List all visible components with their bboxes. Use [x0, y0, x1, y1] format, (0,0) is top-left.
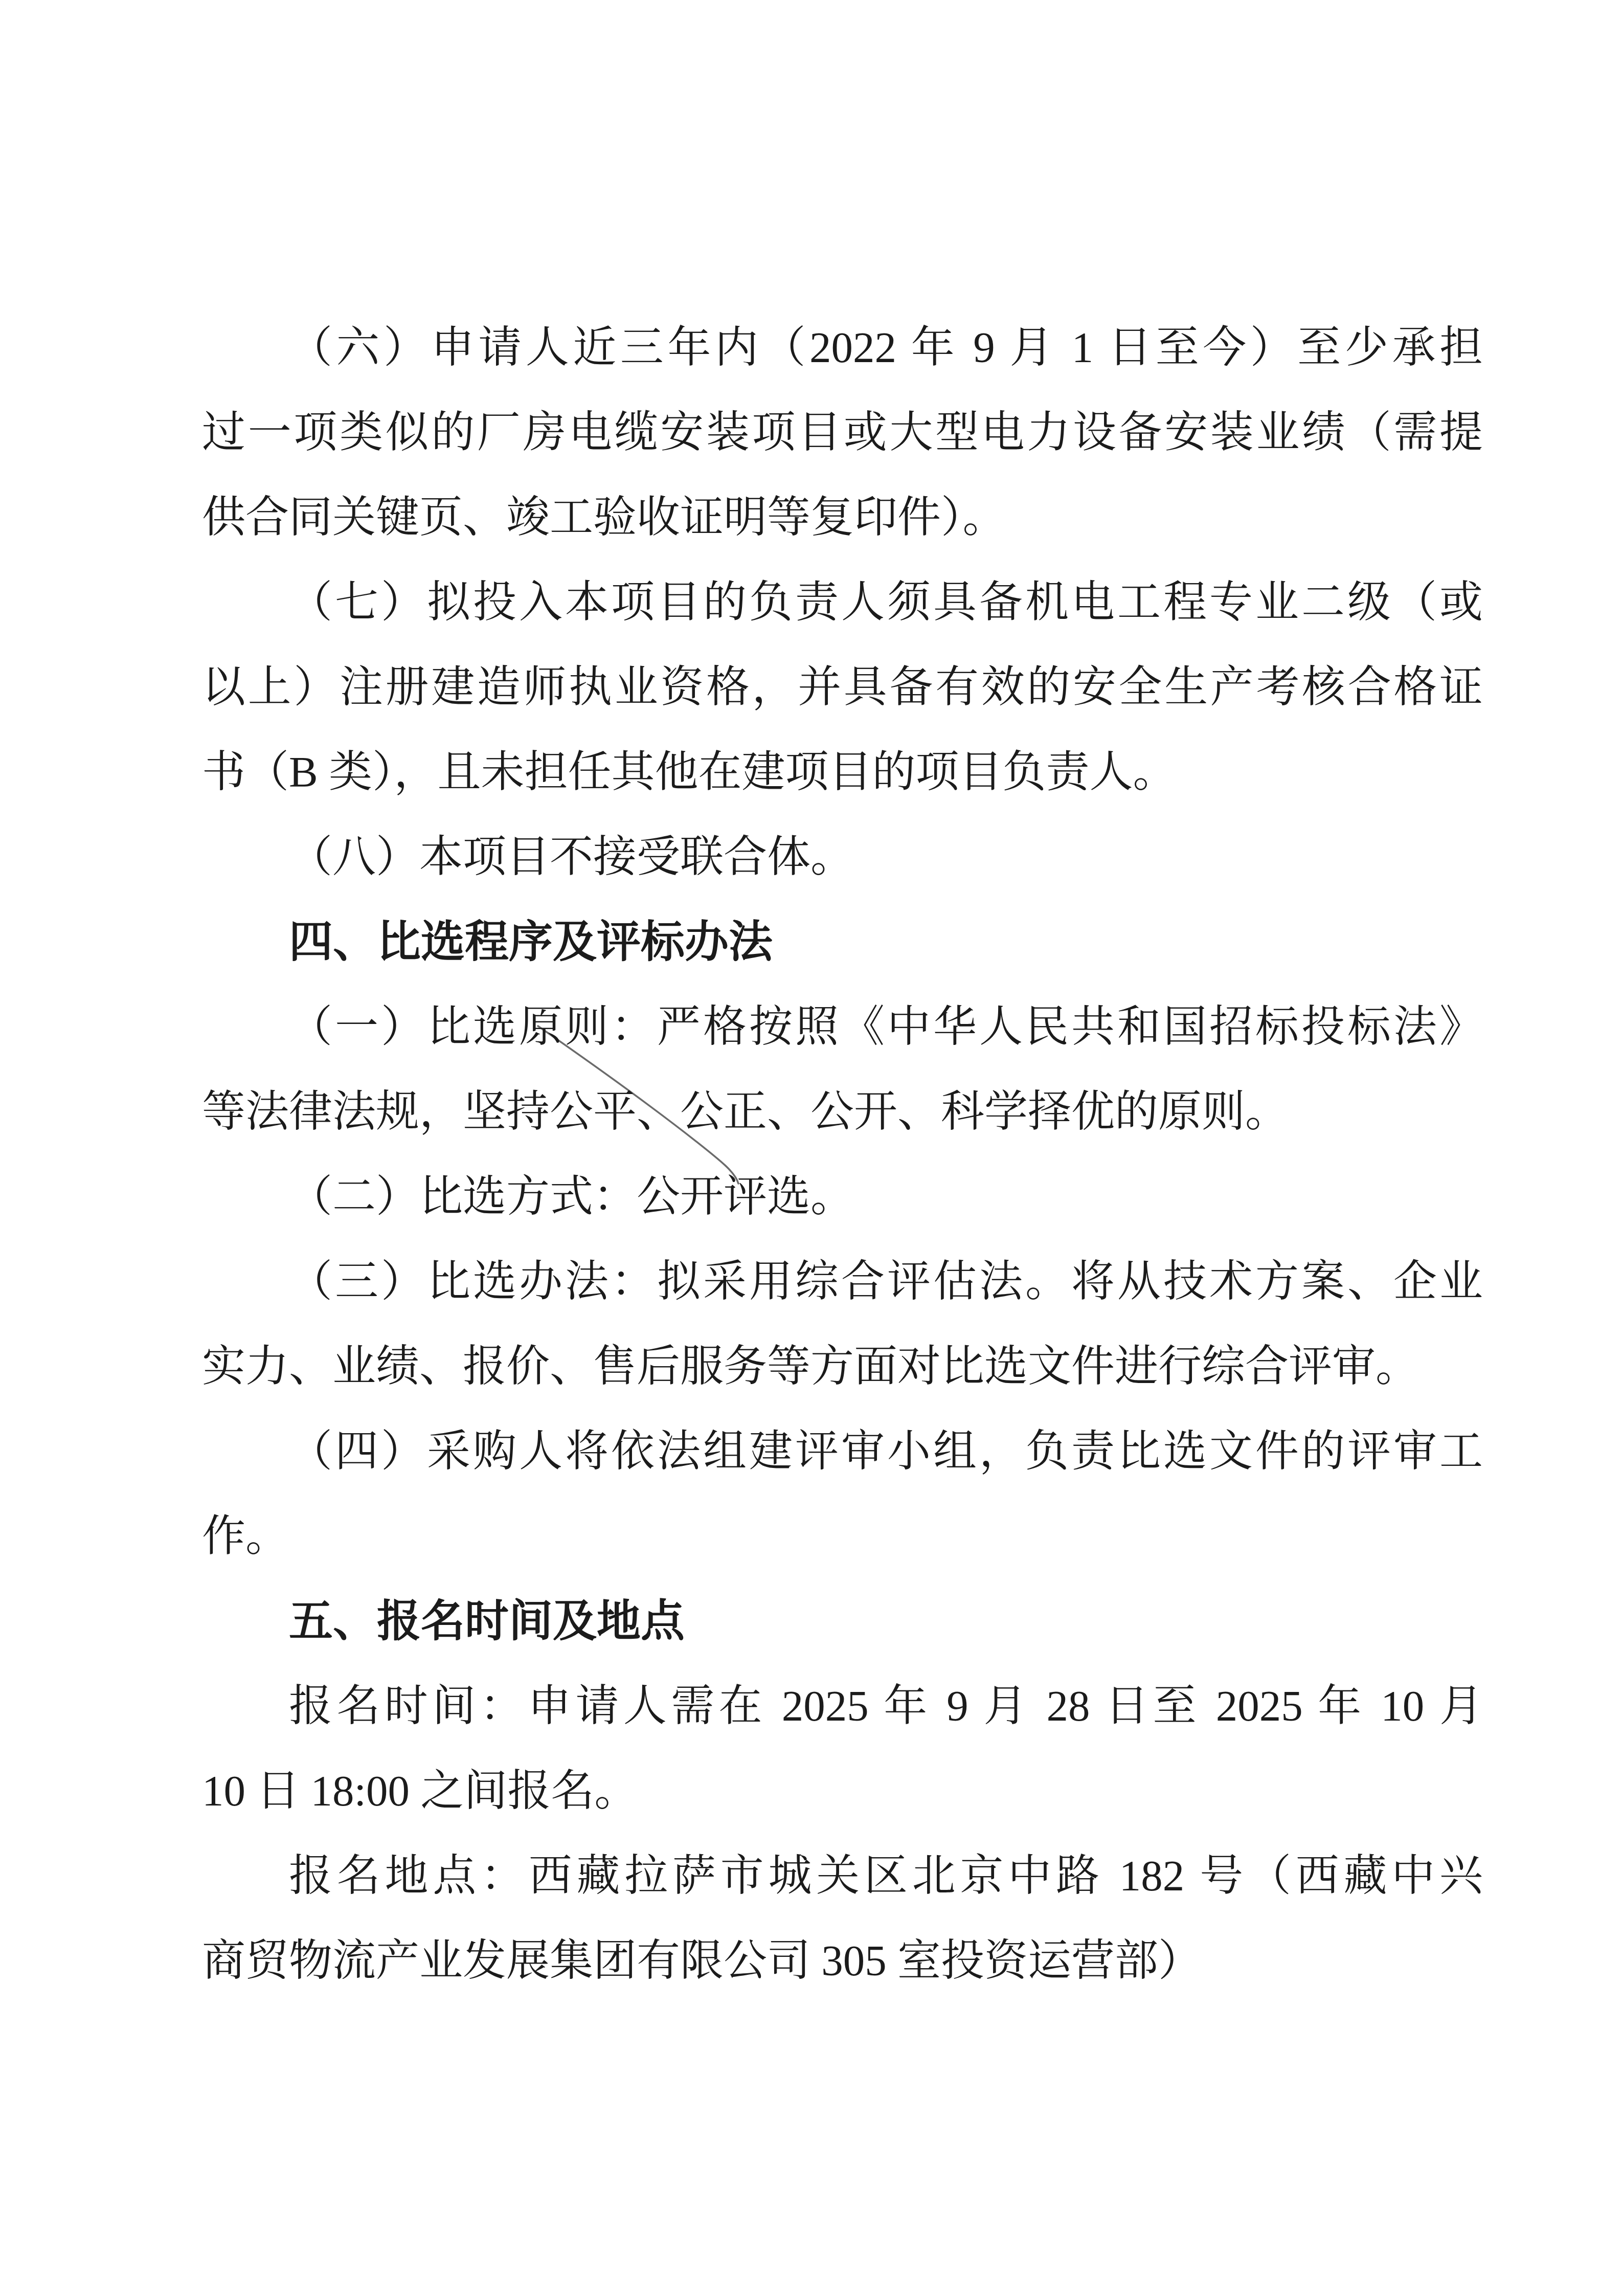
- para-item-7-line-1: （七）拟投入本项目的负责人须具备机电工程专业二级（或: [202, 560, 1483, 645]
- document-page: （六）申请人近三年内（2022 年 9 月 1 日至今）至少承担 过一项类似的厂…: [0, 0, 1623, 2296]
- para-compare-approach-line-2: 实力、业绩、报价、售后服务等方面对比选文件进行综合评审。: [202, 1324, 1483, 1409]
- section-heading-4: 四、比选程序及评标办法: [202, 900, 1483, 985]
- para-item-6-line-3: 供合同关键页、竣工验收证明等复印件）。: [202, 475, 1483, 560]
- para-compare-method-line-1: （二）比选方式：公开评选。: [202, 1154, 1483, 1239]
- para-item-8-line-1: （八）本项目不接受联合体。: [202, 815, 1483, 900]
- para-signup-location-line-2: 商贸物流产业发展集团有限公司 305 室投资运营部）: [202, 1919, 1483, 2003]
- para-review-team-line-2: 作。: [202, 1494, 1483, 1579]
- para-item-6-line-1: （六）申请人近三年内（2022 年 9 月 1 日至今）至少承担: [202, 305, 1483, 390]
- section-heading-5: 五、报名时间及地点: [202, 1579, 1483, 1664]
- para-compare-approach-line-1: （三）比选办法：拟采用综合评估法。将从技术方案、企业: [202, 1239, 1483, 1324]
- para-item-7-line-2: 以上）注册建造师执业资格，并具备有效的安全生产考核合格证: [202, 645, 1483, 730]
- para-signup-location-line-1: 报名地点：西藏拉萨市城关区北京中路 182 号（西藏中兴: [202, 1834, 1483, 1919]
- para-compare-principle-line-1: （一）比选原则：严格按照《中华人民共和国招标投标法》: [202, 985, 1483, 1069]
- document-content: （六）申请人近三年内（2022 年 9 月 1 日至今）至少承担 过一项类似的厂…: [202, 305, 1483, 2003]
- para-review-team-line-1: （四）采购人将依法组建评审小组，负责比选文件的评审工: [202, 1409, 1483, 1494]
- para-compare-principle-line-2: 等法律法规，坚持公平、公正、公开、科学择优的原则。: [202, 1069, 1483, 1154]
- para-item-7-line-3: 书（B 类），且未担任其他在建项目的项目负责人。: [202, 730, 1483, 815]
- para-signup-time-line-1: 报名时间：申请人需在 2025 年 9 月 28 日至 2025 年 10 月: [202, 1664, 1483, 1749]
- para-item-6-line-2: 过一项类似的厂房电缆安装项目或大型电力设备安装业绩（需提: [202, 390, 1483, 475]
- para-signup-time-line-2: 10 日 18:00 之间报名。: [202, 1749, 1483, 1834]
